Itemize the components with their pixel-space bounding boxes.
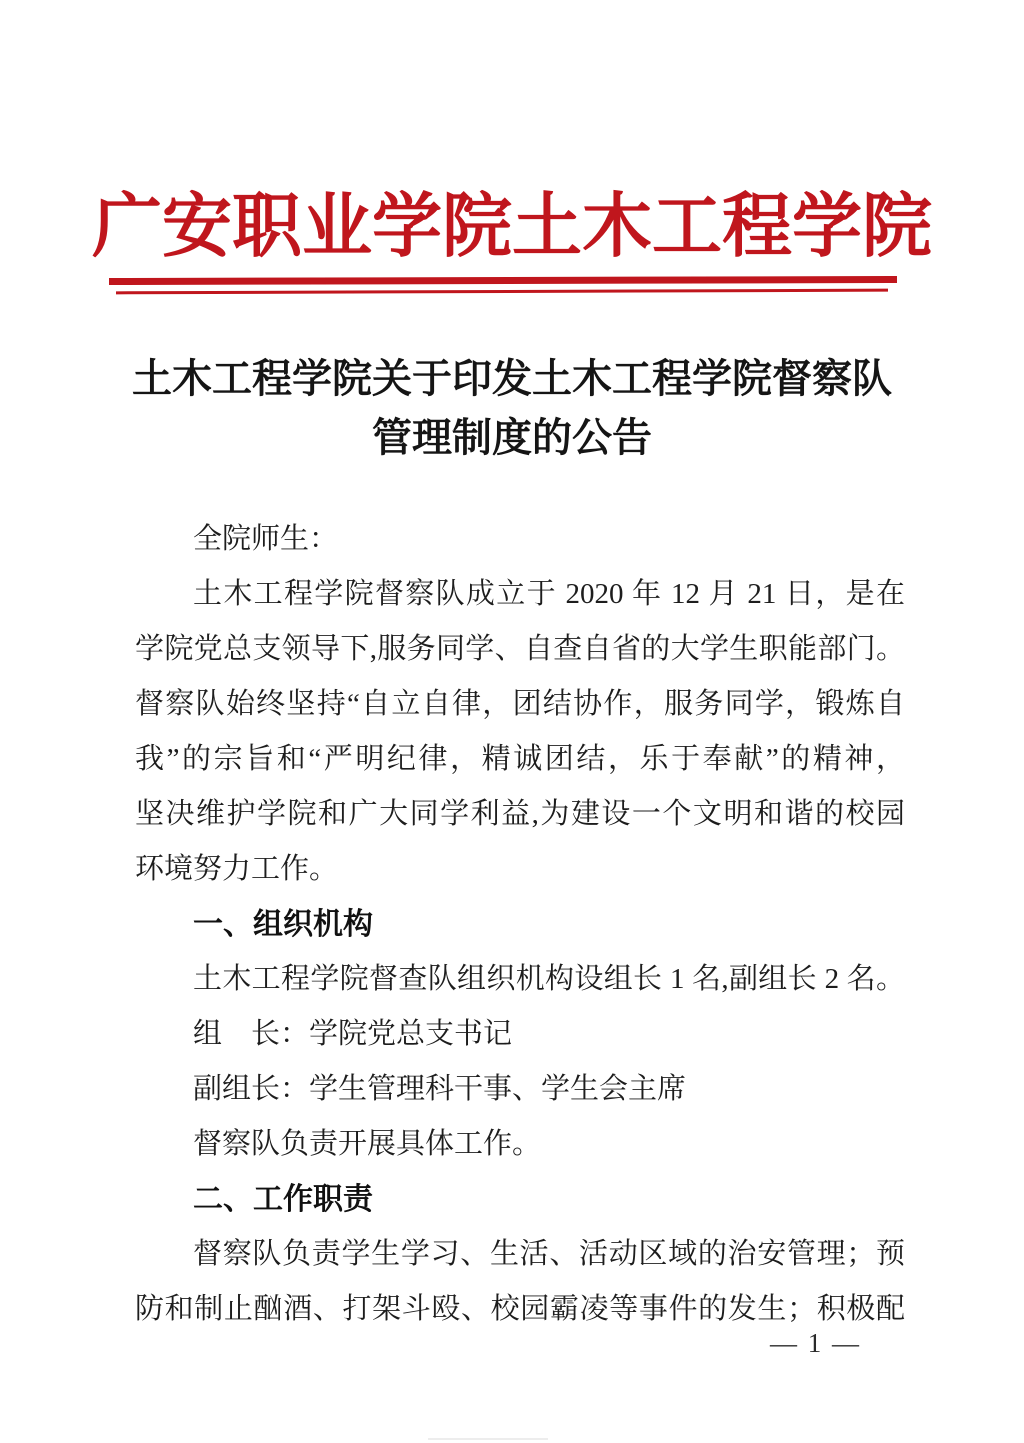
body-line: 全院师生： [135, 512, 905, 567]
scan-artifact-line [428, 1438, 548, 1440]
body-line: 督察队负责学生学习、生活、活动区域的治安管理；预 [135, 1227, 905, 1282]
body-line: 环境努力工作。 [135, 842, 905, 897]
section-heading: 一、组织机构 [135, 897, 905, 952]
document-page: 广安职业学院土木工程学院 土木工程学院关于印发土木工程学院督察队 管理制度的公告… [0, 0, 1024, 1443]
document-title: 土木工程学院关于印发土木工程学院督察队 管理制度的公告 [62, 349, 962, 467]
document-title-line-2: 管理制度的公告 [62, 408, 962, 467]
body-line: 土木工程学院督查队组织机构设组长 1 名,副组长 2 名。 [135, 952, 905, 1007]
section-heading: 二、工作职责 [135, 1172, 905, 1227]
body-line: 土木工程学院督察队成立于 2020 年 12 月 21 日，是在 [135, 567, 905, 622]
document-title-line-1: 土木工程学院关于印发土木工程学院督察队 [62, 349, 962, 408]
letterhead-rule-thin [116, 289, 888, 295]
body-line: 督察队始终坚持“自立自律，团结协作，服务同学，锻炼自 [135, 677, 905, 732]
body-line: 学院党总支领导下,服务同学、自查自省的大学生职能部门。 [135, 622, 905, 677]
body-line: 坚决维护学院和广大同学利益,为建设一个文明和谐的校园 [135, 787, 905, 842]
letterhead-title: 广安职业学院土木工程学院 [0, 178, 1024, 278]
document-body: 全院师生：土木工程学院督察队成立于 2020 年 12 月 21 日，是在学院党… [135, 512, 905, 1337]
body-line: 督察队负责开展具体工作。 [135, 1117, 905, 1172]
body-line: 副组长：学生管理科干事、学生会主席 [135, 1062, 905, 1117]
body-line: 组 长：学院党总支书记 [135, 1007, 905, 1062]
letterhead-rule-thick [109, 276, 897, 285]
body-line: 我”的宗旨和“严明纪律，精诚团结，乐于奉献”的精神， [135, 732, 905, 787]
page-number: — 1 — [770, 1328, 861, 1359]
